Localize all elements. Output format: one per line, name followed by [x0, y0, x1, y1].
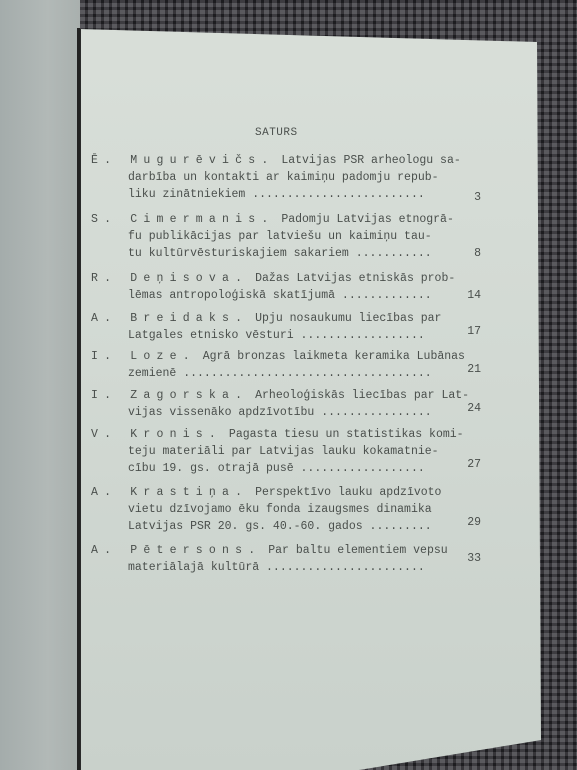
- book-cover: [0, 0, 80, 770]
- book-page: [79, 0, 541, 770]
- toc-author: A. Krastiņa.: [91, 486, 248, 499]
- toc-entry: I. Loze. Agrā bronzas laikmeta keramika …: [91, 348, 481, 382]
- toc-title-line: Agrā bronzas laikmeta keramika Lubānas: [203, 350, 465, 363]
- toc-page-number: 27: [451, 456, 481, 473]
- toc-title-line: Latvijas PSR arheologu sa-: [281, 154, 460, 167]
- toc-title-line: darbība un kontakti ar kaimiņu padomju r…: [91, 169, 481, 186]
- toc-title-line: Perspektīvo lauku apdzīvoto: [255, 486, 441, 499]
- toc-entry: S. Cimermanis. Padomju Latvijas etnogrā-…: [91, 211, 481, 262]
- toc-title-line: vietu dzīvojamo ēku fonda izaugsmes dina…: [91, 501, 481, 518]
- toc-page-number: 24: [451, 400, 481, 417]
- toc-title-line: zemienē ................................…: [128, 367, 432, 380]
- toc-author: I. Zagorska.: [91, 389, 248, 402]
- toc-title-line: teju materiāli par Latvijas lauku kokama…: [91, 443, 481, 460]
- toc-author: A. Breidaks.: [91, 312, 248, 325]
- toc-author: S. Cimermanis.: [91, 213, 274, 226]
- toc-title-line: liku zinātniekiem ......................…: [128, 188, 425, 201]
- toc-page-number: 29: [451, 514, 481, 531]
- toc-author: Ē. Mugurēvičs.: [91, 154, 274, 167]
- toc-title-line: Latvijas PSR 20. gs. 40.-60. gados .....…: [128, 520, 432, 533]
- toc-title-line: Dažas Latvijas etniskās prob-: [255, 272, 455, 285]
- toc-entry: A. Breidaks. Upju nosaukumu liecības par…: [91, 310, 481, 344]
- toc-title-line: Latgales etnisko vēsturi ...............…: [128, 329, 425, 342]
- toc-page-number: 14: [451, 287, 481, 304]
- toc-page-number: 33: [451, 550, 481, 567]
- toc-author: I. Loze.: [91, 350, 196, 363]
- toc-title-line: Pagasta tiesu un statistikas komi-: [229, 428, 464, 441]
- toc-entry: A. Krastiņa. Perspektīvo lauku apdzīvoto…: [91, 484, 481, 535]
- toc-title-line: fu publikācijas par latviešu un kaimiņu …: [91, 228, 481, 245]
- toc-title-line: materiālajā kultūrā ....................…: [91, 559, 481, 576]
- toc-author: A. Pētersons.: [91, 544, 261, 557]
- toc-author: R. Deņisova.: [91, 272, 248, 285]
- toc-title-line: Upju nosaukumu liecības par: [255, 312, 441, 325]
- toc-entry: V. Kronis. Pagasta tiesu un statistikas …: [91, 426, 481, 477]
- toc-title-line: cību 19. gs. otrajā pusē ...............…: [128, 462, 425, 475]
- toc-title-line: Arheoloģiskās liecības par Lat-: [255, 389, 469, 402]
- toc-page-number: 17: [451, 323, 481, 340]
- toc-page-number: 8: [451, 245, 481, 262]
- toc-title-line: tu kultūrvēsturiskajiem sakariem .......…: [128, 247, 432, 260]
- toc-entry: I. Zagorska. Arheoloģiskās liecības par …: [91, 387, 481, 421]
- toc-entry: R. Deņisova. Dažas Latvijas etniskās pro…: [91, 270, 481, 304]
- toc-entry: Ē. Mugurēvičs. Latvijas PSR arheologu sa…: [91, 152, 481, 203]
- toc-title-line: Padomju Latvijas etnogrā-: [281, 213, 454, 226]
- toc-author: V. Kronis.: [91, 428, 222, 441]
- toc-title-line: lēmas antropoloģiskā skatījumā .........…: [128, 289, 432, 302]
- toc-title-line: vijas vissenāko apdzīvotību ............…: [128, 406, 432, 419]
- page-title: SATURS: [255, 127, 298, 139]
- page-spine-edge: [77, 28, 80, 770]
- toc-page-number: 3: [451, 189, 481, 206]
- toc-title-line: Par baltu elementiem vepsu: [268, 544, 447, 557]
- toc-page-number: 21: [451, 361, 481, 378]
- toc-entry: A. Pētersons. Par baltu elementiem vepsu…: [91, 542, 481, 576]
